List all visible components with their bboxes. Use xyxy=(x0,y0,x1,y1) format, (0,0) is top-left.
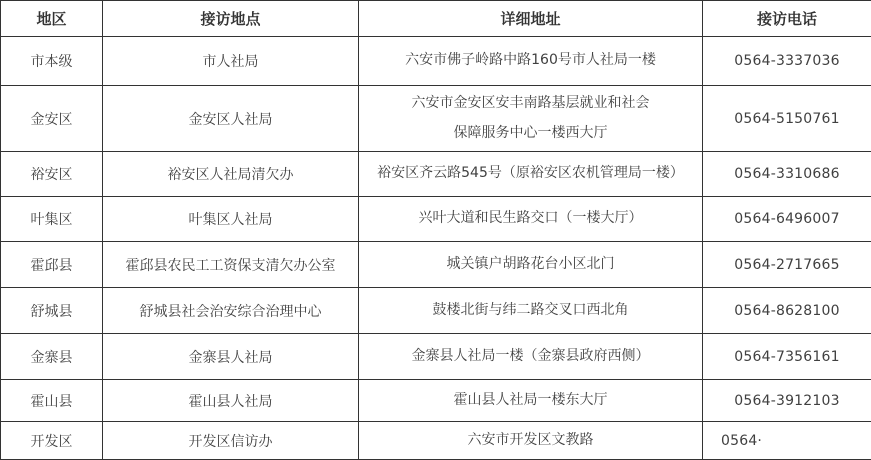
region-cell: 金安区 xyxy=(1,86,103,152)
location-cell: 叶集区人社局 xyxy=(103,197,359,242)
region-cell: 叶集区 xyxy=(1,197,103,242)
location-cell: 开发区信访办 xyxy=(103,422,359,460)
table-row: 市本级 市人社局 六安市佛子岭路中路160号市人社局一楼 0564-333703… xyxy=(1,37,871,86)
location-cell: 金寨县人社局 xyxy=(103,334,359,380)
address-cell: 六安市金安区安丰南路基层就业和社会 保障服务中心一楼西大厅 xyxy=(359,86,703,152)
phone-cell: 0564-2717665 xyxy=(703,242,871,288)
region-cell: 裕安区 xyxy=(1,152,103,197)
phone-cell: 0564-6496007 xyxy=(703,197,871,242)
phone-cell: 0564-5150761 xyxy=(703,86,871,152)
location-cell: 市人社局 xyxy=(103,37,359,86)
table-row: 霍邱县 霍邱县农民工工资保支清欠办公室 城关镇户胡路花台小区北门 0564-27… xyxy=(1,242,871,288)
header-region: 地区 xyxy=(1,1,103,37)
region-cell: 金寨县 xyxy=(1,334,103,380)
region-cell: 霍邱县 xyxy=(1,242,103,288)
address-cell: 裕安区齐云路545号（原裕安区农机管理局一楼） xyxy=(359,152,703,197)
table-row: 叶集区 叶集区人社局 兴叶大道和民生路交口（一楼大厅） 0564-6496007 xyxy=(1,197,871,242)
phone-cell: 0564-3912103 xyxy=(703,380,871,422)
header-location: 接访地点 xyxy=(103,1,359,37)
table-row: 金寨县 金寨县人社局 金寨县人社局一楼（金寨县政府西侧） 0564-735616… xyxy=(1,334,871,380)
region-cell: 市本级 xyxy=(1,37,103,86)
phone-cell: 0564· xyxy=(703,422,871,460)
address-cell: 六安市佛子岭路中路160号市人社局一楼 xyxy=(359,37,703,86)
phone-cell: 0564-3310686 xyxy=(703,152,871,197)
address-cell: 兴叶大道和民生路交口（一楼大厅） xyxy=(359,197,703,242)
header-phone: 接访电话 xyxy=(703,1,871,37)
table-row: 开发区 开发区信访办 六安市开发区文教路 0564· xyxy=(1,422,871,460)
location-cell: 裕安区人社局清欠办 xyxy=(103,152,359,197)
location-cell: 霍邱县农民工工资保支清欠办公室 xyxy=(103,242,359,288)
region-cell: 舒城县 xyxy=(1,288,103,334)
location-cell: 霍山县人社局 xyxy=(103,380,359,422)
table-row: 霍山县 霍山县人社局 霍山县人社局一楼东大厅 0564-3912103 xyxy=(1,380,871,422)
header-row: 地区 接访地点 详细地址 接访电话 xyxy=(1,1,871,37)
location-cell: 金安区人社局 xyxy=(103,86,359,152)
phone-cell: 0564-3337036 xyxy=(703,37,871,86)
table-row: 裕安区 裕安区人社局清欠办 裕安区齐云路545号（原裕安区农机管理局一楼） 05… xyxy=(1,152,871,197)
address-cell: 鼓楼北街与纬二路交叉口西北角 xyxy=(359,288,703,334)
phone-cell: 0564-7356161 xyxy=(703,334,871,380)
table-row: 舒城县 舒城县社会治安综合治理中心 鼓楼北街与纬二路交叉口西北角 0564-86… xyxy=(1,288,871,334)
address-cell: 城关镇户胡路花台小区北门 xyxy=(359,242,703,288)
reception-contact-table: 地区 接访地点 详细地址 接访电话 市本级 市人社局 六安市佛子岭路中路160号… xyxy=(0,0,871,460)
region-cell: 开发区 xyxy=(1,422,103,460)
region-cell: 霍山县 xyxy=(1,380,103,422)
address-cell: 六安市开发区文教路 xyxy=(359,422,703,460)
phone-cell: 0564-8628100 xyxy=(703,288,871,334)
location-cell: 舒城县社会治安综合治理中心 xyxy=(103,288,359,334)
address-cell: 霍山县人社局一楼东大厅 xyxy=(359,380,703,422)
address-cell: 金寨县人社局一楼（金寨县政府西侧） xyxy=(359,334,703,380)
header-address: 详细地址 xyxy=(359,1,703,37)
table-header: 地区 接访地点 详细地址 接访电话 xyxy=(1,1,871,37)
table-body: 市本级 市人社局 六安市佛子岭路中路160号市人社局一楼 0564-333703… xyxy=(1,37,871,460)
table-row: 金安区 金安区人社局 六安市金安区安丰南路基层就业和社会 保障服务中心一楼西大厅… xyxy=(1,86,871,152)
